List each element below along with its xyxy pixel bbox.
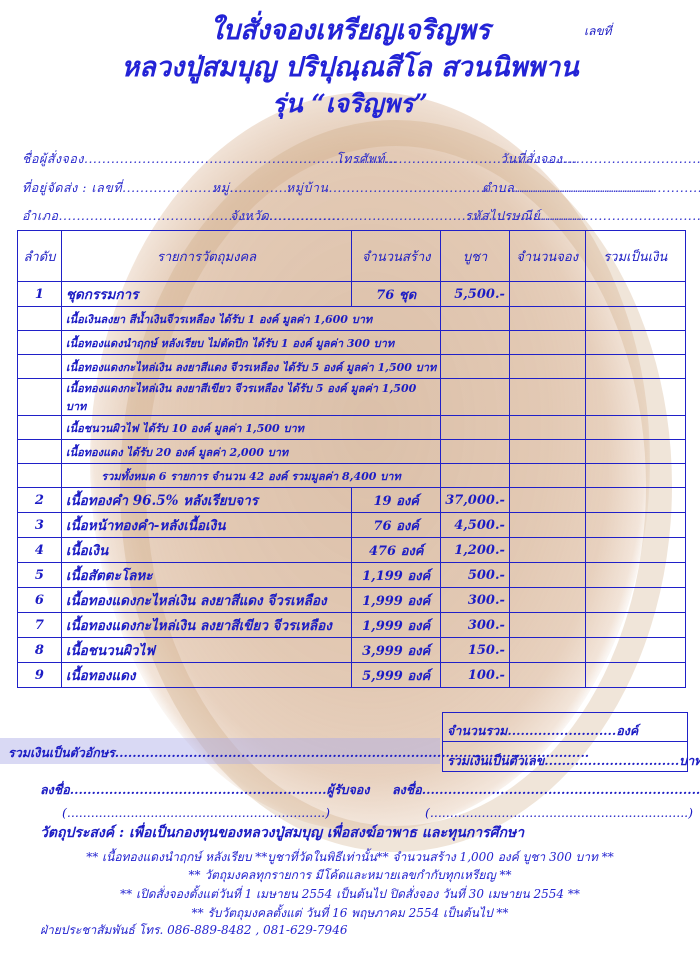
note-serial-code: ** วัตถุมงคลทุกรายการ มีโค้ดและหมายเลขกำ… — [0, 866, 700, 885]
row-no — [18, 355, 62, 379]
row-total-input[interactable] — [585, 464, 686, 488]
row-price: 150.- — [441, 638, 510, 663]
row-no: 8 — [18, 638, 62, 663]
set-content-item: เนื้อทองแดงกะไหล่เงิน ลงยาสีเขียว จีวรเห… — [61, 379, 440, 416]
table-row: 7เนื้อทองแดงกะไหล่เงิน ลงยาสีเขียว จีวรเ… — [18, 613, 686, 638]
row-no: 9 — [18, 663, 62, 688]
table-header-row: ลำดับ รายการวัตถุมงคล จำนวนสร้าง บูชา จำ… — [18, 231, 686, 282]
set-content-item: เนื้อทองแดงกะไหล่เงิน ลงยาสีแดง จีวรเหลื… — [61, 355, 440, 379]
series-heading: รุ่น “เจริญพร” — [0, 84, 700, 124]
table-row: 1 ชุดกรรมการ 76 ชุด 5,500.- — [18, 282, 686, 307]
header-qty-made: จำนวนสร้าง — [352, 231, 441, 282]
table-row: 8เนื้อชนวนผิวไฟ3,999 องค์150.- — [18, 638, 686, 663]
row-qty-order-input[interactable] — [509, 355, 585, 379]
row-qty-made: 476 องค์ — [352, 538, 441, 563]
row-no — [18, 331, 62, 355]
document-number-label: เลขที่ — [584, 22, 612, 41]
total-amount-number-field[interactable]: รวมเงินเป็นตัวเลข.......................… — [447, 751, 700, 771]
amulet-items-table: ลำดับ รายการวัตถุมงคล จำนวนสร้าง บูชา จำ… — [17, 230, 686, 688]
address-number-field[interactable]: ที่อยู่จัดส่ง : เลขที่..................… — [22, 178, 243, 198]
row-qty-order-input[interactable] — [509, 331, 585, 355]
note-order-period: ** เปิดสั่งจองตั้งแต่วันที่ 1 เมษายน 255… — [0, 885, 700, 904]
set-content-row: เนื้อทองแดงกะไหล่เงิน ลงยาสีแดง จีวรเหลื… — [18, 355, 686, 379]
row-price — [441, 379, 510, 416]
table-row: 3เนื้อหน้าทองคำ-หลังเนื้อเงิน76 องค์4,50… — [18, 513, 686, 538]
contact-phone-text: ฝ่ายประชาสัมพันธ์ โทร. 086-889-8482 , 08… — [40, 921, 347, 940]
row-price: 300.- — [441, 588, 510, 613]
row-qty-order-input[interactable] — [509, 307, 585, 331]
header-no: ลำดับ — [18, 231, 62, 282]
row-qty-order-input[interactable] — [509, 538, 585, 563]
row-price — [441, 464, 510, 488]
row-price: 100.- — [441, 663, 510, 688]
row-total-input[interactable] — [585, 613, 686, 638]
purpose-text: วัตถุประสงค์ : เพื่อเป็นกองทุนของหลวงปู่… — [40, 822, 524, 844]
row-qty-made: 3,999 องค์ — [352, 638, 441, 663]
row-price — [441, 416, 510, 440]
row-qty-made: 1,999 องค์ — [352, 613, 441, 638]
row-total-input[interactable] — [585, 488, 686, 513]
row-qty-order-input[interactable] — [509, 282, 585, 307]
set-content-row: เนื้อชนวนผิวไฟ ได้รับ 10 องค์ มูลค่า 1,5… — [18, 416, 686, 440]
row-qty-made: 76 องค์ — [352, 513, 441, 538]
row-no: 2 — [18, 488, 62, 513]
receiver-signature-field[interactable]: ลงชื่อ..................................… — [40, 780, 369, 800]
row-price: 300.- — [441, 613, 510, 638]
row-total-input[interactable] — [585, 379, 686, 416]
row-qty-order-input[interactable] — [509, 513, 585, 538]
row-qty-order-input[interactable] — [509, 563, 585, 588]
set-content-item: เนื้อทองแดงนำฤกษ์ หลังเรียบ ไม่ตัดปีก ได… — [61, 331, 440, 355]
row-total-input[interactable] — [585, 355, 686, 379]
row-item: เนื้อทองคำ 96.5% หลังเรียบจาร — [61, 488, 351, 513]
row-price: 5,500.- — [441, 282, 510, 307]
row-no — [18, 307, 62, 331]
row-price — [441, 307, 510, 331]
row-price: 1,200.- — [441, 538, 510, 563]
row-no — [18, 464, 62, 488]
row-no: 4 — [18, 538, 62, 563]
row-price — [441, 355, 510, 379]
note-special-edition: ** เนื้อทองแดงนำฤกษ์ หลังเรียบ **บูชาที่… — [0, 848, 700, 867]
row-qty-order-input[interactable] — [509, 440, 585, 464]
row-total-input[interactable] — [585, 440, 686, 464]
header-item: รายการวัตถุมงคล — [61, 231, 351, 282]
row-qty-order-input[interactable] — [509, 464, 585, 488]
row-qty-order-input[interactable] — [509, 588, 585, 613]
row-item: เนื้อเงิน — [61, 538, 351, 563]
header-price: บูชา — [441, 231, 510, 282]
header-qty-order: จำนวนจอง — [509, 231, 585, 282]
row-no: 1 — [18, 282, 62, 307]
row-no: 7 — [18, 613, 62, 638]
row-qty-order-input[interactable] — [509, 663, 585, 688]
row-item: เนื้อทองแดงกะไหล่เงิน ลงยาสีแดง จีวรเหลื… — [61, 588, 351, 613]
postcode-field[interactable]: รหัสไปรษณีย์............................… — [465, 206, 700, 226]
row-item: เนื้อหน้าทองคำ-หลังเนื้อเงิน — [61, 513, 351, 538]
row-price: 37,000.- — [441, 488, 510, 513]
set-summary-row: รวมทั้งหมด 6 รายการ จำนวน 42 องค์ รวมมูล… — [18, 464, 686, 488]
row-item: เนื้อทองแดงกะไหล่เงิน ลงยาสีเขียว จีวรเห… — [61, 613, 351, 638]
row-total-input[interactable] — [585, 282, 686, 307]
row-price: 4,500.- — [441, 513, 510, 538]
row-no: 3 — [18, 513, 62, 538]
table-row: 2เนื้อทองคำ 96.5% หลังเรียบจาร19 องค์37,… — [18, 488, 686, 513]
table-row: 9เนื้อทองแดง5,999 องค์100.- — [18, 663, 686, 688]
row-qty-order-input[interactable] — [509, 613, 585, 638]
row-total-input[interactable] — [585, 331, 686, 355]
row-total-input[interactable] — [585, 513, 686, 538]
row-qty-order-input[interactable] — [509, 638, 585, 663]
set-content-item: เนื้อชนวนผิวไฟ ได้รับ 10 องค์ มูลค่า 1,5… — [61, 416, 440, 440]
subdistrict-field[interactable]: ตำบล....................................… — [482, 178, 700, 198]
set-summary-text: รวมทั้งหมด 6 รายการ จำนวน 42 องค์ รวมมูล… — [61, 464, 440, 488]
row-item: เนื้อทองแดง — [61, 663, 351, 688]
table-row: 4เนื้อเงิน476 องค์1,200.- — [18, 538, 686, 563]
orderer-printed-name-field[interactable]: (.......................................… — [425, 805, 693, 820]
set-content-item: เนื้อทองแดง ได้รับ 20 องค์ มูลค่า 2,000 … — [61, 440, 440, 464]
row-total-input[interactable] — [585, 638, 686, 663]
row-total-input[interactable] — [585, 538, 686, 563]
row-price: 500.- — [441, 563, 510, 588]
row-qty-made: 1,999 องค์ — [352, 588, 441, 613]
set-content-row: เนื้อทองแดง ได้รับ 20 องค์ มูลค่า 2,000 … — [18, 440, 686, 464]
totals-divider — [443, 741, 687, 742]
order-date-field[interactable]: วันที่สั่งจอง...........................… — [500, 149, 700, 169]
row-no — [18, 416, 62, 440]
row-total-input[interactable] — [585, 563, 686, 588]
row-price — [441, 440, 510, 464]
row-total-input[interactable] — [585, 588, 686, 613]
row-qty-made: 19 องค์ — [352, 488, 441, 513]
total-qty-field[interactable]: จำนวนรวม.........................องค์ — [447, 721, 638, 741]
set-content-item: เนื้อเงินลงยา สีน้ำเงินจีวรเหลือง ได้รับ… — [61, 307, 440, 331]
set-content-row: เนื้อเงินลงยา สีน้ำเงินจีวรเหลือง ได้รับ… — [18, 307, 686, 331]
row-qty-order-input[interactable] — [509, 379, 585, 416]
row-no: 6 — [18, 588, 62, 613]
row-qty-made: 5,999 องค์ — [352, 663, 441, 688]
header-total: รวมเป็นเงิน — [585, 231, 686, 282]
row-no — [18, 379, 62, 416]
row-item: เนื้อสัตตะโลหะ — [61, 563, 351, 588]
row-total-input[interactable] — [585, 307, 686, 331]
row-qty-made: 76 ชุด — [352, 282, 441, 307]
set-content-row: เนื้อทองแดงกะไหล่เงิน ลงยาสีเขียว จีวรเห… — [18, 379, 686, 416]
row-qty-made: 1,199 องค์ — [352, 563, 441, 588]
set-content-row: เนื้อทองแดงนำฤกษ์ หลังเรียบ ไม่ตัดปีก ได… — [18, 331, 686, 355]
row-item: เนื้อชนวนผิวไฟ — [61, 638, 351, 663]
row-qty-order-input[interactable] — [509, 416, 585, 440]
row-price — [441, 331, 510, 355]
monk-name-heading: หลวงปู่สมบุญ ปริปุณฺณสีโล สวนนิพพาน — [0, 45, 700, 88]
row-qty-order-input[interactable] — [509, 488, 585, 513]
totals-box: จำนวนรวม.........................องค์ รว… — [442, 712, 688, 772]
table-row: 5เนื้อสัตตะโลหะ1,199 องค์500.- — [18, 563, 686, 588]
row-total-input[interactable] — [585, 663, 686, 688]
orderer-signature-field[interactable]: ลงชื่อ..................................… — [392, 780, 700, 800]
row-total-input[interactable] — [585, 416, 686, 440]
row-no — [18, 440, 62, 464]
receiver-printed-name-field[interactable]: (.......................................… — [62, 805, 330, 820]
row-no: 5 — [18, 563, 62, 588]
row-item: ชุดกรรมการ — [61, 282, 351, 307]
moo-field[interactable]: หมู่.............. — [212, 178, 292, 198]
table-row: 6เนื้อทองแดงกะไหล่เงิน ลงยาสีแดง จีวรเหล… — [18, 588, 686, 613]
